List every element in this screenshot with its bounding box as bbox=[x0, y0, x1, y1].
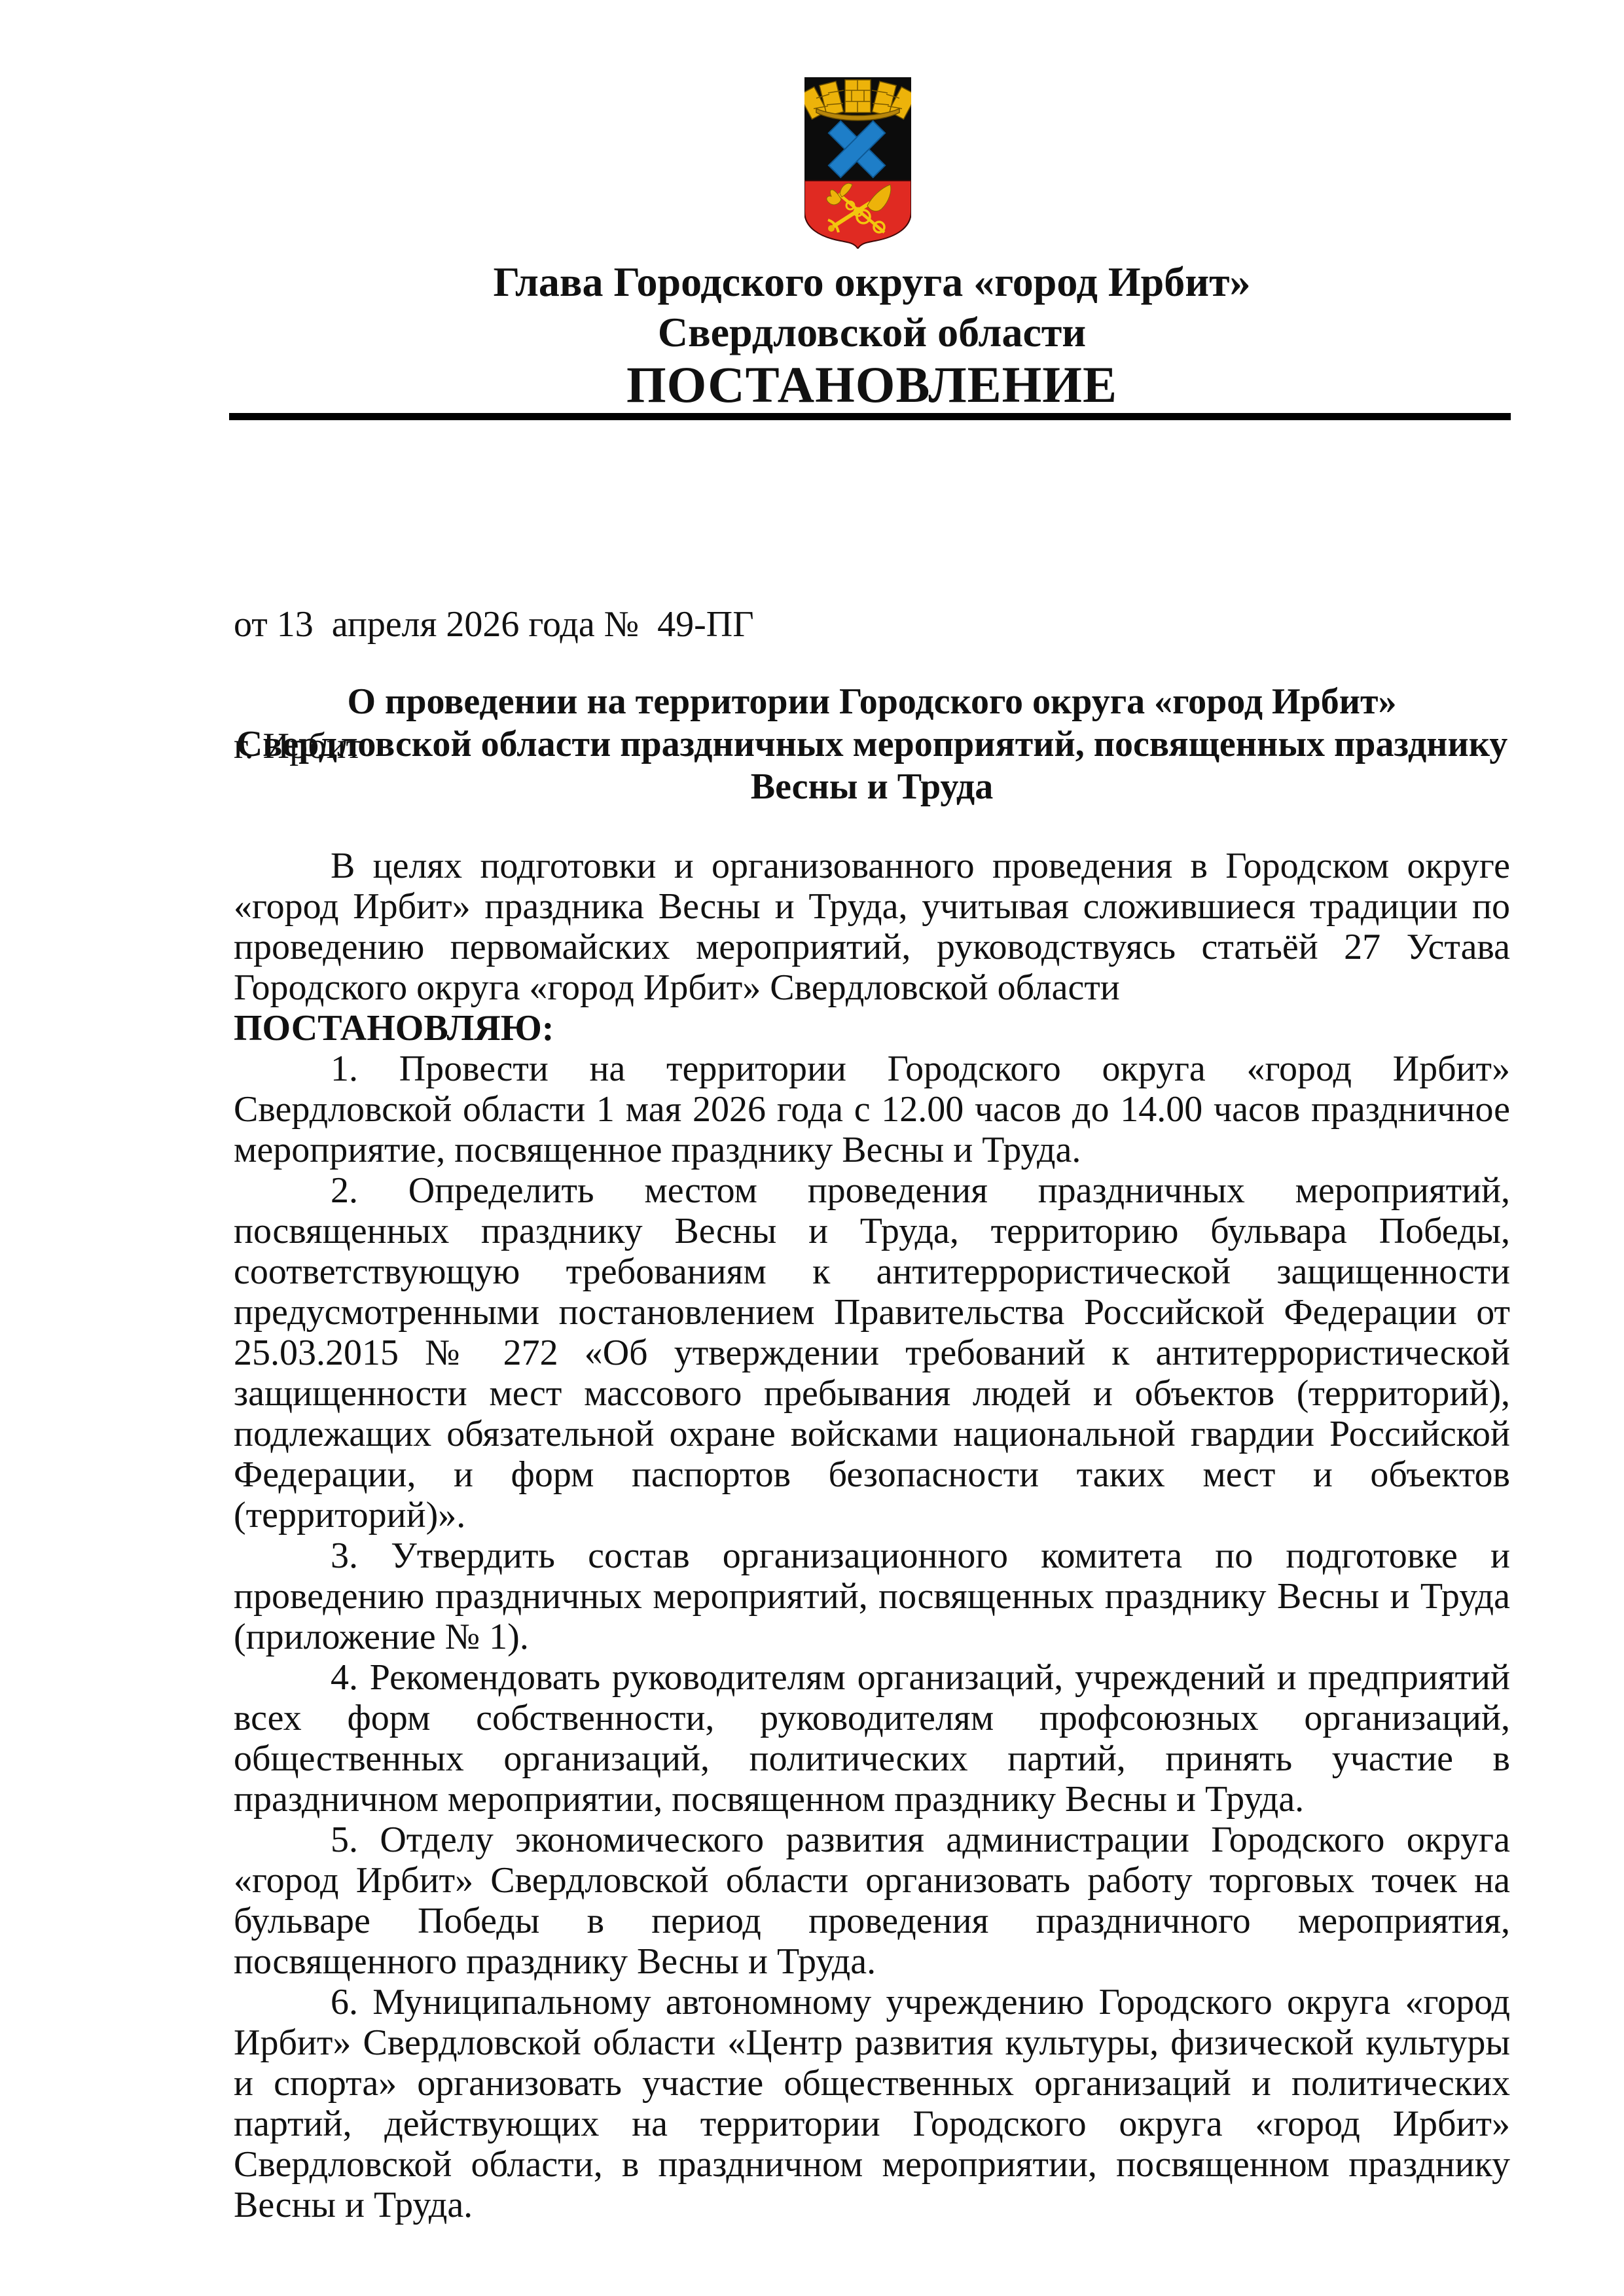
body-item-4: 4. Рекомендовать руководителям организац… bbox=[234, 1657, 1510, 1820]
subject-heading: О проведении на территории Городского ок… bbox=[234, 681, 1510, 808]
resolve-word: ПОСТАНОВЛЯЮ: bbox=[234, 1008, 1510, 1049]
document-header: Глава Городского округа «город Ирбит» Св… bbox=[234, 257, 1510, 412]
body-item-2: 2. Определить местом проведения празднич… bbox=[234, 1170, 1510, 1535]
body-item-6: 6. Муниципальному автономному учреждению… bbox=[234, 1982, 1510, 2225]
body-item-1: 1. Провести на территории Городского окр… bbox=[234, 1049, 1510, 1170]
date-number-line: от 13 апреля 2026 года № 49-ПГ bbox=[234, 604, 1510, 645]
document-type-title: ПОСТАНОВЛЕНИЕ bbox=[234, 357, 1510, 412]
body-item-3: 3. Утвердить состав организационного ком… bbox=[234, 1535, 1510, 1657]
org-name-line1: Глава Городского округа «город Ирбит» bbox=[234, 257, 1510, 307]
header-rule bbox=[229, 413, 1511, 420]
document-page: Глава Городского округа «город Ирбит» Св… bbox=[0, 0, 1624, 2296]
city-coat-of-arms bbox=[804, 77, 911, 249]
org-name-line2: Свердловской области bbox=[234, 307, 1510, 357]
body-item-5: 5. Отделу экономического развития админи… bbox=[234, 1820, 1510, 1982]
intro-paragraph: В целях подготовки и организованного про… bbox=[234, 846, 1510, 1008]
document-body: В целях подготовки и организованного про… bbox=[234, 846, 1510, 2225]
coat-of-arms-icon bbox=[804, 77, 911, 249]
